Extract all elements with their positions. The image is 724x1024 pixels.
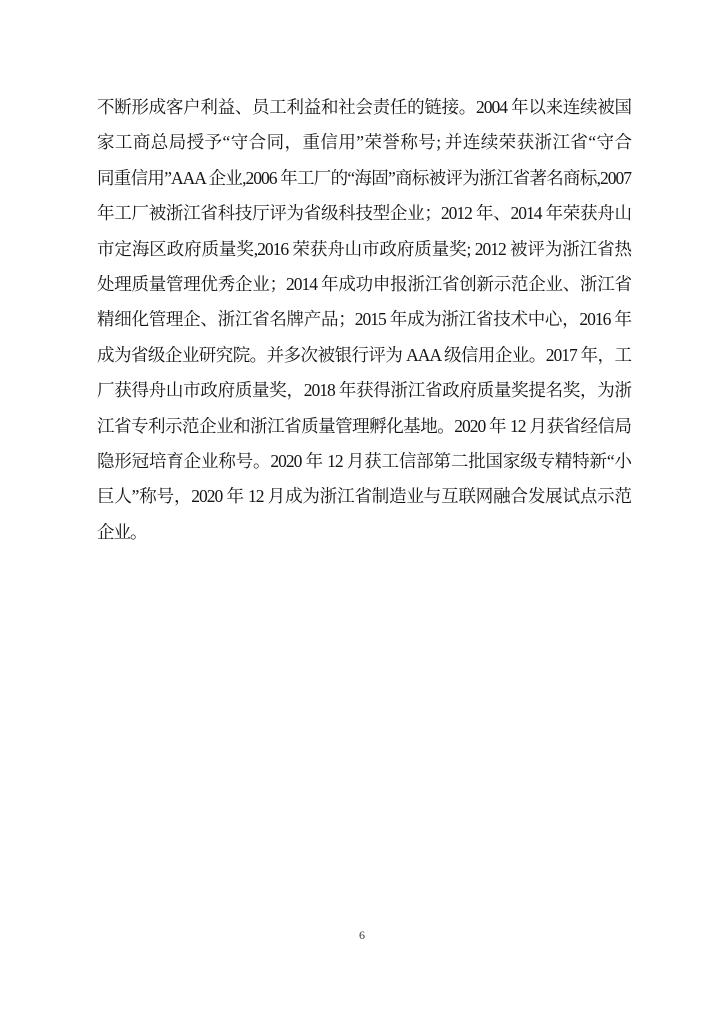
paragraph-line-2: 家工商总局授予“守合同，重信用”荣誉称号; 并连续荣获浙江省“守合 [97,125,631,160]
paragraph-line-6: 处理质量管理优秀企业；2014 年成功申报浙江省创新示范企业、浙江省 [97,267,631,302]
paragraph-line-10: 江省专利示范企业和浙江省质量管理孵化基地。2020 年 12 月获省经信局 [97,409,631,444]
paragraph-line-9: 厂获得舟山市政府质量奖，2018 年获得浙江省政府质量奖提名奖，为浙 [97,373,631,408]
paragraph: 不断形成客户利益、员工利益和社会责任的链接。2004 年以来连续被国 家工商总局… [97,90,631,550]
document-page: 不断形成客户利益、员工利益和社会责任的链接。2004 年以来连续被国 家工商总局… [0,0,724,1024]
paragraph-line-13: 企业。 [97,515,631,550]
paragraph-line-7: 精细化管理企、浙江省名牌产品；2015 年成为浙江省技术中心，2016 年 [97,302,631,337]
paragraph-line-5: 市定海区政府质量奖,2016 荣获舟山市政府质量奖; 2012 被评为浙江省热 [97,232,631,267]
paragraph-line-8: 成为省级企业研究院。并多次被银行评为 AAA 级信用企业。2017 年，工 [97,338,631,373]
paragraph-line-12: 巨人”称号，2020 年 12 月成为浙江省制造业与互联网融合发展试点示范 [97,479,631,514]
paragraph-line-4: 年工厂被浙江省科技厅评为省级科技型企业；2012 年、2014 年荣获舟山 [97,196,631,231]
page-number: 6 [0,928,724,943]
paragraph-line-11: 隐形冠培育企业称号。2020 年 12 月获工信部第二批国家级专精特新“小 [97,444,631,479]
paragraph-line-3: 同重信用”AAA 企业,2006 年工厂的“海固”商标被评为浙江省著名商标,20… [97,161,631,196]
paragraph-line-1: 不断形成客户利益、员工利益和社会责任的链接。2004 年以来连续被国 [97,90,631,125]
